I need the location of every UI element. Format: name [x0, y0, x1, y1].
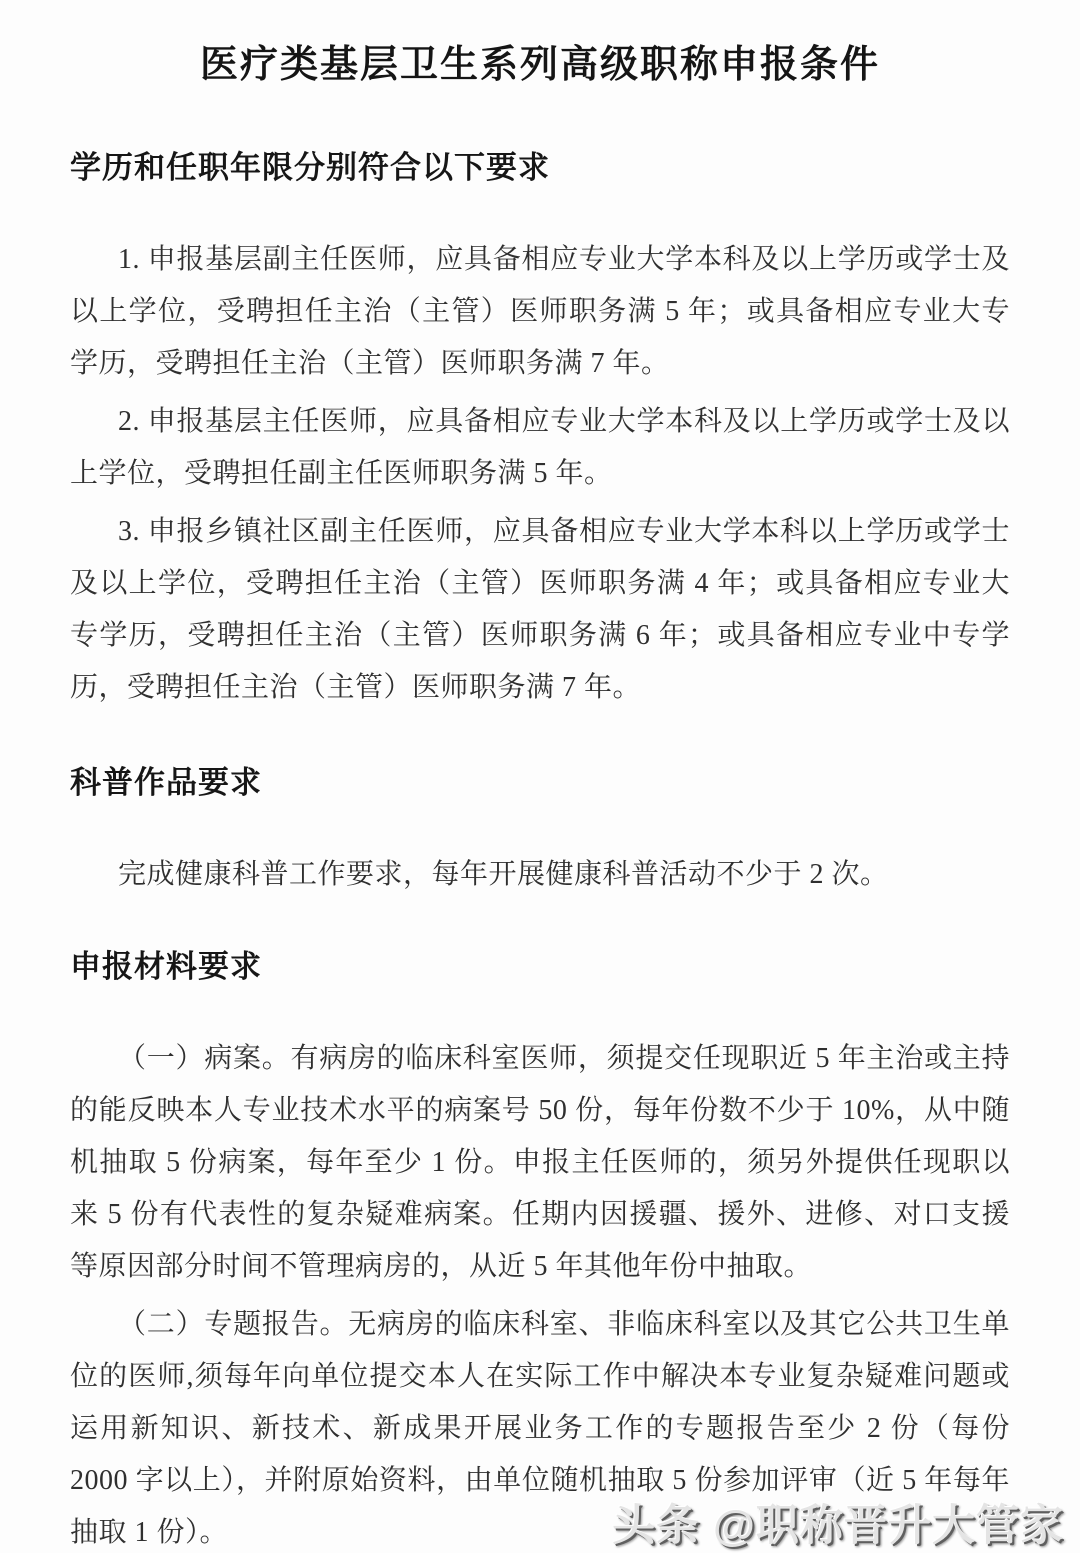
section-application-materials: 申报材料要求 （一）病案。有病房的临床科室医师，须提交任现职近 5 年主治或主持…	[70, 947, 1010, 1553]
paragraph-medical-records: （一）病案。有病房的临床科室医师，须提交任现职近 5 年主治或主持的能反映本人专…	[70, 1033, 1010, 1293]
section-heading-education-tenure: 学历和任职年限分别符合以下要求	[70, 148, 1010, 188]
section-heading-application-materials: 申报材料要求	[70, 947, 1010, 987]
section-education-tenure: 学历和任职年限分别符合以下要求 1. 申报基层副主任医师，应具备相应专业大学本科…	[70, 148, 1010, 714]
paragraph-science-popularization: 完成健康科普工作要求，每年开展健康科普活动不少于 2 次。	[70, 849, 1010, 901]
paragraph-chief-physician: 2. 申报基层主任医师，应具备相应专业大学本科及以上学历或学士及以上学位，受聘担…	[70, 396, 1010, 500]
paragraph-deputy-chief-physician: 1. 申报基层副主任医师，应具备相应专业大学本科及以上学历或学士及以上学位，受聘…	[70, 234, 1010, 390]
paragraph-township-deputy-chief-physician: 3. 申报乡镇社区副主任医师，应具备相应专业大学本科以上学历或学士及以上学位，受…	[70, 506, 1010, 714]
toutiao-watermark: 头条 @职称晋升大管家	[612, 1492, 1064, 1553]
section-heading-science-popularization: 科普作品要求	[70, 763, 1010, 803]
document-title: 医疗类基层卫生系列高级职称申报条件	[70, 0, 1010, 88]
section-science-popularization: 科普作品要求 完成健康科普工作要求，每年开展健康科普活动不少于 2 次。	[70, 763, 1010, 901]
document-page: 医疗类基层卫生系列高级职称申报条件 学历和任职年限分别符合以下要求 1. 申报基…	[0, 0, 1080, 1553]
